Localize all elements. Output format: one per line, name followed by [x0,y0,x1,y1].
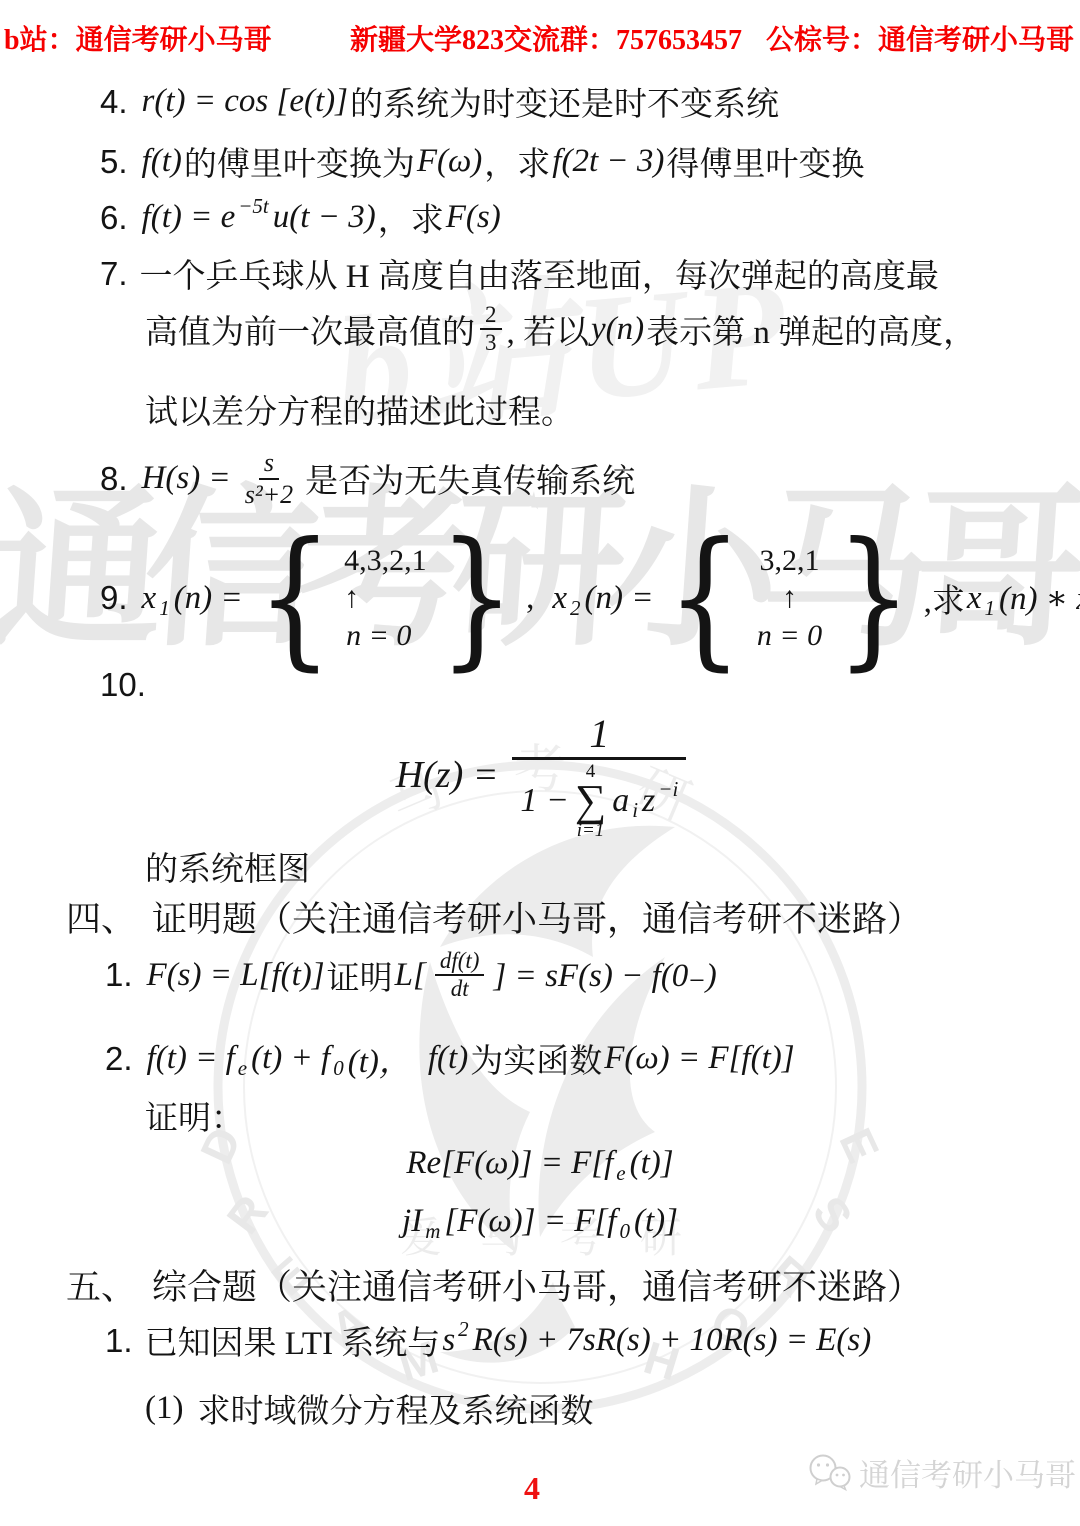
math-segment: f(2t − 3) [552,143,664,180]
close-brace: } [438,523,514,673]
math-segment: x [967,580,982,617]
summation: 4 ∑ i=1 [575,762,606,840]
problem-number: 5. [100,143,128,181]
math-segment: z [642,782,655,820]
problem-7-line-3: 试以差分方程的描述此过程。 [145,386,574,433]
sequence-brace-group: { 4,3,2,1 ↑ n = 0 } [247,523,524,673]
proof-equation-2: jI m [F(ω)] = F[f 0 (t)] [0,1203,1080,1240]
denominator: 1 − 4 ∑ i=1 a i z −i [512,760,686,840]
math-superscript: −5t [238,194,269,219]
problem-number: 6. [100,199,128,237]
numerator: 2 [480,302,502,330]
math-segment: (n) = [174,580,243,617]
denominator: dt [446,976,474,1002]
problem-number: 8. [100,460,128,498]
wechat-account-name: 通信考研小马哥 [859,1450,1076,1495]
open-brace: { [256,523,332,673]
wechat-icon [807,1453,853,1493]
math-segment: F(s) [446,199,501,236]
math-segment: (n) = [584,580,653,617]
text-segment: 的傅里叶变换为 [184,138,415,185]
header-qq-group-label: 新疆大学823交流群：757653457 [350,18,742,58]
text-segment: 的系统框图 [145,843,310,890]
numerator: 1 [581,710,617,757]
header-wechat-account-label: 公棕号：通信考研小马哥 [766,18,1074,58]
origin-arrow: ↑ [782,579,797,617]
math-lhs: H(z) = [396,753,499,797]
text-segment: 求时域微分方程及系统函数 [197,1385,593,1432]
problem-5: 5. f(t) 的傅里叶变换为 F(ω) ，求 f(2t − 3) 得傅里叶变换 [100,138,864,185]
section-4-heading: 四、 证明题（关注通信考研小马哥，通信考研不迷路） [66,892,922,942]
separator: , [526,580,534,617]
math-segment: f(t) [142,143,182,180]
denominator: 3 [480,330,502,356]
page-number: 4 [524,1470,540,1507]
math-segment: (n) ∗ x [999,578,1080,618]
math-segment: R(s) + 7sR(s) + 10R(s) = E(s) [473,1322,872,1359]
math-subscript: 0 [619,1219,630,1244]
math-segment: f(t) = f [147,1040,235,1077]
exam-page: { "header": { "site_label": "b站：通信考研小马哥"… [0,0,1080,1526]
math-subscript: 0 [333,1056,344,1081]
math-segment: 1 − [520,782,568,820]
math-segment: H(s) = [142,460,231,497]
problem-7-line-1: 7. 一个乒乓球从 H 高度自由落至地面，每次弹起的高度最 [100,250,939,297]
text-segment: ,求 [924,575,965,622]
wechat-footer: 通信考研小马哥 [807,1450,1076,1495]
fraction: s s²+2 [238,448,300,510]
math-segment: F(ω) = F[f(t)] [604,1040,794,1077]
text-segment: 试以差分方程的描述此过程。 [145,386,574,433]
math-segment: (t)， [348,1035,412,1082]
text-segment: 表示第 n 弹起的高度， [646,306,976,353]
math-subscript: 1 [985,596,996,621]
math-subscript: e [238,1056,247,1081]
problem-number: 7. [100,255,128,293]
origin-label: n = 0 [346,617,411,655]
problem-number: 10. [100,666,146,704]
emblem-outer-ring [218,765,862,1409]
problem-6: 6. f(t) = e −5t u(t − 3) ，求 F(s) [100,194,503,241]
math-segment: [F(ω)] = F[f [444,1203,616,1240]
math-segment: (t)] [634,1203,678,1240]
math-segment: ] = sF(s) − f(0₋) [493,955,716,995]
big-fraction: 1 1 − 4 ∑ i=1 a i z −i [512,710,686,840]
text-segment: 是否为无失真传输系统 [305,455,635,502]
sequence-brace-group: { 3,2,1 ↑ n = 0 } [657,523,921,673]
text-segment: ，求 [484,138,550,185]
section-5-heading: 五、 综合题（关注通信考研小马哥，通信考研不迷路） [66,1260,922,1310]
problem-9: 9. x 1 (n) = { 4,3,2,1 ↑ n = 0 } , x 2 (… [100,523,1080,673]
math-superscript: 2 [458,1317,469,1342]
numerator: s [259,448,279,480]
sigma-symbol: ∑ [575,781,606,821]
section-title: 证明题（关注通信考研小马哥，通信考研不迷路） [152,892,922,942]
text-segment: 为实函数 [470,1035,602,1082]
sequence-values: 3,2,1 [760,542,820,580]
fraction: df(t) dt [433,948,487,1003]
open-brace: { [667,523,743,673]
problem-number: 4. [100,83,128,121]
sequence-values: 4,3,2,1 [344,542,427,580]
problem-4: 4. r(t) = cos [e(t)] 的系统为时变还是时不变系统 [100,78,779,125]
header-bilibili-label: b站：通信考研小马哥 [4,18,272,58]
math-subscript: e [616,1161,625,1186]
problem-7-line-2: 高值为前一次最高值的 2 3 , 若以 y(n) 表示第 n 弹起的高度， [145,302,976,357]
origin-arrow: ↑ [344,579,359,617]
math-segment: a [612,782,629,820]
text-segment: 高值为前一次最高值的 [145,306,475,353]
problem-10-number: 10. [100,666,158,704]
text-segment: 一个乒乓球从 H 高度自由落至地面，每次弹起的高度最 [140,250,939,297]
fraction: 2 3 [480,302,502,357]
problem-10-caption: 的系统框图 [145,843,310,890]
math-segment: u(t − 3) [273,199,376,236]
section-title: 综合题（关注通信考研小马哥，通信考研不迷路） [152,1260,922,1310]
sequence-stack: 3,2,1 ↑ n = 0 [755,542,824,655]
section-label: 五、 [66,1260,136,1310]
text-segment: 证明 [327,952,393,999]
math-segment: f(t) = e [142,199,236,236]
math-subscript: 2 [570,596,581,621]
text-segment: , 若以 [507,306,590,353]
numerator: df(t) [435,948,485,976]
math-segment: s [442,1322,455,1359]
proof-label: 证明： [145,1092,244,1139]
math-segment: x [142,580,157,617]
proof-equation-1: Re[F(ω)] = F[f e (t)] [0,1145,1080,1182]
math-segment: (t)] [630,1145,674,1182]
text-segment: 已知因果 LTI 系统与 [145,1317,441,1364]
math-segment: L[ [395,957,426,994]
sum-lower-limit: i=1 [577,821,605,840]
text-segment: 的系统为时变还是时不变系统 [350,78,779,125]
sub-item-number: (1) [145,1390,183,1427]
math-segment: y(n) [591,311,644,348]
section-label: 四、 [66,892,136,942]
problem-number: 1. [105,1322,133,1360]
close-brace: } [836,523,912,673]
section-5-problem-1: 1. 已知因果 LTI 系统与 s 2 R(s) + 7sR(s) + 10R(… [105,1317,873,1364]
math-segment: r(t) = cos [e(t)] [142,83,348,120]
section-5-problem-1-part-1: (1) 求时域微分方程及系统函数 [145,1385,593,1432]
text-segment: 得傅里叶变换 [666,138,864,185]
math-superscript: −i [658,777,678,802]
problem-number: 9. [100,579,128,617]
math-subscript: m [425,1219,440,1244]
text-segment: 证明： [145,1092,244,1139]
math-segment: F(ω) [417,143,482,180]
math-segment: F(s) = L[f(t)] [147,957,325,994]
section-4-problem-1: 1. F(s) = L[f(t)] 证明 L[ df(t) dt ] = sF(… [105,948,719,1003]
denominator: s²+2 [240,480,298,510]
math-subscript: i [632,798,638,823]
text-segment: ，求 [378,194,444,241]
math-segment: x [552,580,567,617]
origin-label: n = 0 [757,617,822,655]
problem-10-formula: H(z) = 1 1 − 4 ∑ i=1 a i z −i [0,710,1080,840]
math-segment: (t) + f [251,1040,330,1077]
problem-8: 8. H(s) = s s²+2 是否为无失真传输系统 [100,448,635,510]
problem-number: 1. [105,956,133,994]
math-segment: f(t) [428,1040,468,1077]
sequence-stack: 4,3,2,1 ↑ n = 0 [344,542,427,655]
math-subscript: 1 [159,596,170,621]
section-4-problem-2: 2. f(t) = f e (t) + f 0 (t)， f(t) 为实函数 F… [105,1035,797,1082]
math-segment: Re[F(ω)] = F[f [406,1145,613,1182]
math-segment: jI [402,1203,422,1240]
problem-number: 2. [105,1040,133,1078]
